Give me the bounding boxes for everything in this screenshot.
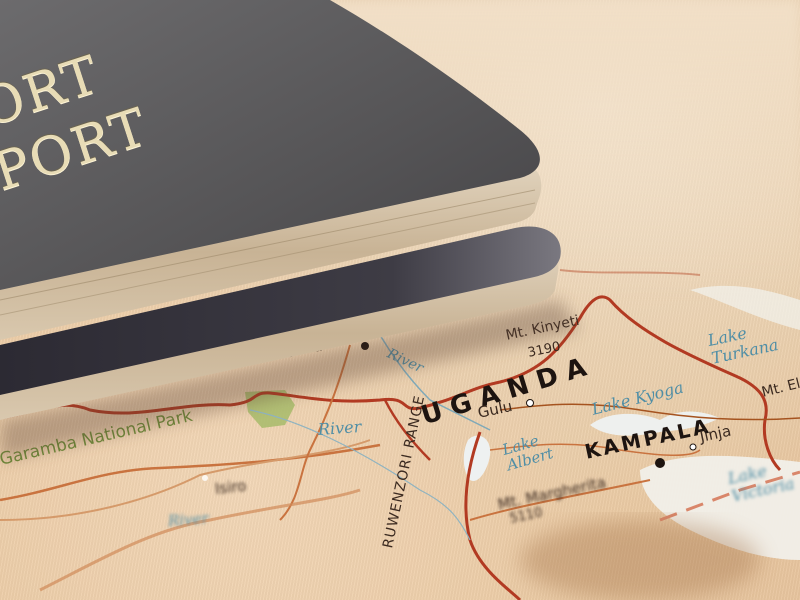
passports: [0, 0, 800, 600]
photo-scene: Juba River River River Mt. Kinyeti 3190 …: [0, 0, 800, 600]
